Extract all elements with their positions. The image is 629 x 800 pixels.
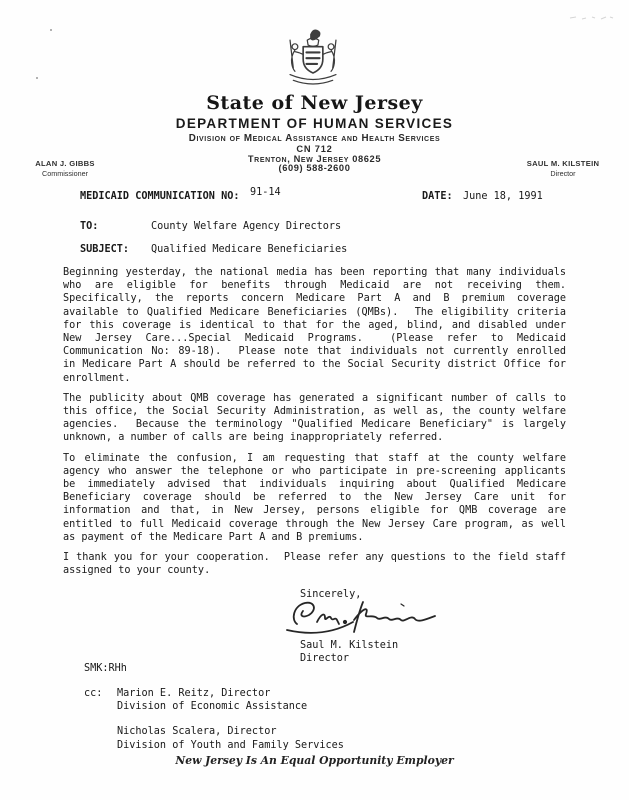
signer-title: Director (300, 653, 349, 664)
cc-entry: Nicholas Scalera, Director Division of Y… (117, 725, 344, 751)
subject-label: SUBJECT: (80, 244, 129, 255)
director-title: Director (508, 169, 618, 178)
body-line: for this coverage is identical to that f… (63, 319, 566, 332)
date-value: June 18, 1991 (463, 191, 543, 202)
body-line: enrollment. (63, 372, 566, 385)
body-line: be immediately advised that individuals … (63, 478, 566, 491)
body-line: agency who answer the telephone or who p… (63, 465, 566, 478)
cc-label: cc: (84, 687, 117, 764)
body-line: unknown, a number of calls are being ina… (63, 431, 566, 444)
body-line: The publicity about QMB coverage has gen… (63, 392, 566, 405)
body-line: assigned to your county. (63, 564, 566, 577)
body-line: available to Qualified Medicare Benefici… (63, 306, 566, 319)
cc-entry: Marion E. Reitz, Director Division of Ec… (117, 687, 344, 713)
body-line: New Jersey Care...Special Medicaid Progr… (63, 332, 566, 345)
to-label: TO: (80, 221, 98, 232)
division-name: Division of Medical Assistance and Healt… (0, 133, 629, 144)
subject-value: Qualified Medicare Beneficiaries (151, 244, 347, 255)
commissioner-title: Commissioner (10, 169, 120, 178)
paragraph-1: Beginning yesterday, the national media … (63, 266, 566, 385)
paragraph-4: I thank you for your cooperation. Please… (63, 551, 566, 577)
date-label: DATE: (422, 191, 453, 202)
body-line: who are eligible for benefits through Me… (63, 279, 566, 292)
equal-opportunity-footer: New Jersey Is An Equal Opportunity Emplo… (0, 754, 629, 767)
to-value: County Welfare Agency Directors (151, 221, 341, 232)
director-block: SAUL M. KILSTEIN Director (508, 159, 618, 178)
nj-state-seal-icon (280, 27, 346, 91)
commissioner-name: ALAN J. GIBBS (10, 159, 120, 168)
body-line: Beginning yesterday, the national media … (63, 266, 566, 279)
body-line: information and that, in New Jersey, per… (63, 504, 566, 517)
cc-name: Marion E. Reitz, Director (117, 687, 344, 700)
paragraph-3: To eliminate the confusion, I am request… (63, 452, 566, 544)
paragraph-2: The publicity about QMB coverage has gen… (63, 392, 566, 445)
cc-block: cc: Marion E. Reitz, Director Division o… (84, 687, 344, 764)
body-line: this office, the Social Security Adminis… (63, 405, 566, 418)
address-line1: CN 712 (0, 144, 629, 154)
cc-division: Division of Youth and Family Services (117, 739, 344, 752)
director-name: SAUL M. KILSTEIN (508, 159, 618, 168)
communication-number-label: MEDICAID COMMUNICATION NO: (80, 191, 239, 202)
reference-initials: SMK:RHh (84, 663, 127, 674)
body-line: I thank you for your cooperation. Please… (63, 551, 566, 564)
body-line: To eliminate the confusion, I am request… (63, 452, 566, 465)
state-name: State of New Jersey (0, 92, 629, 114)
letter-body: Beginning yesterday, the national media … (63, 266, 566, 584)
cc-division: Division of Economic Assistance (117, 700, 344, 713)
body-line: as payment of the Medicare Part A and B … (63, 531, 566, 544)
signature-icon (283, 594, 443, 640)
body-line: Beneficiary coverage should be referred … (63, 491, 566, 504)
body-line: agencies. Because the terminology "Quali… (63, 418, 566, 431)
scan-speck (36, 77, 38, 79)
body-line: Communication No: 89-18). Please note th… (63, 345, 566, 358)
body-line: in Medicare Part A should be referred to… (63, 358, 566, 371)
body-line: entitled to full Medicaid coverage throu… (63, 518, 566, 531)
commissioner-block: ALAN J. GIBBS Commissioner (10, 159, 120, 178)
cc-name: Nicholas Scalera, Director (117, 725, 344, 738)
scan-speck (50, 29, 52, 31)
department-name: DEPARTMENT OF HUMAN SERVICES (0, 116, 629, 131)
letter-page: State of New Jersey DEPARTMENT OF HUMAN … (0, 0, 629, 800)
body-line: Specifically, the reports concern Medica… (63, 292, 566, 305)
communication-number-value: 91-14 (250, 187, 281, 198)
faint-pencil-marks (568, 12, 614, 24)
signer-name: Saul M. Kilstein (300, 640, 398, 651)
